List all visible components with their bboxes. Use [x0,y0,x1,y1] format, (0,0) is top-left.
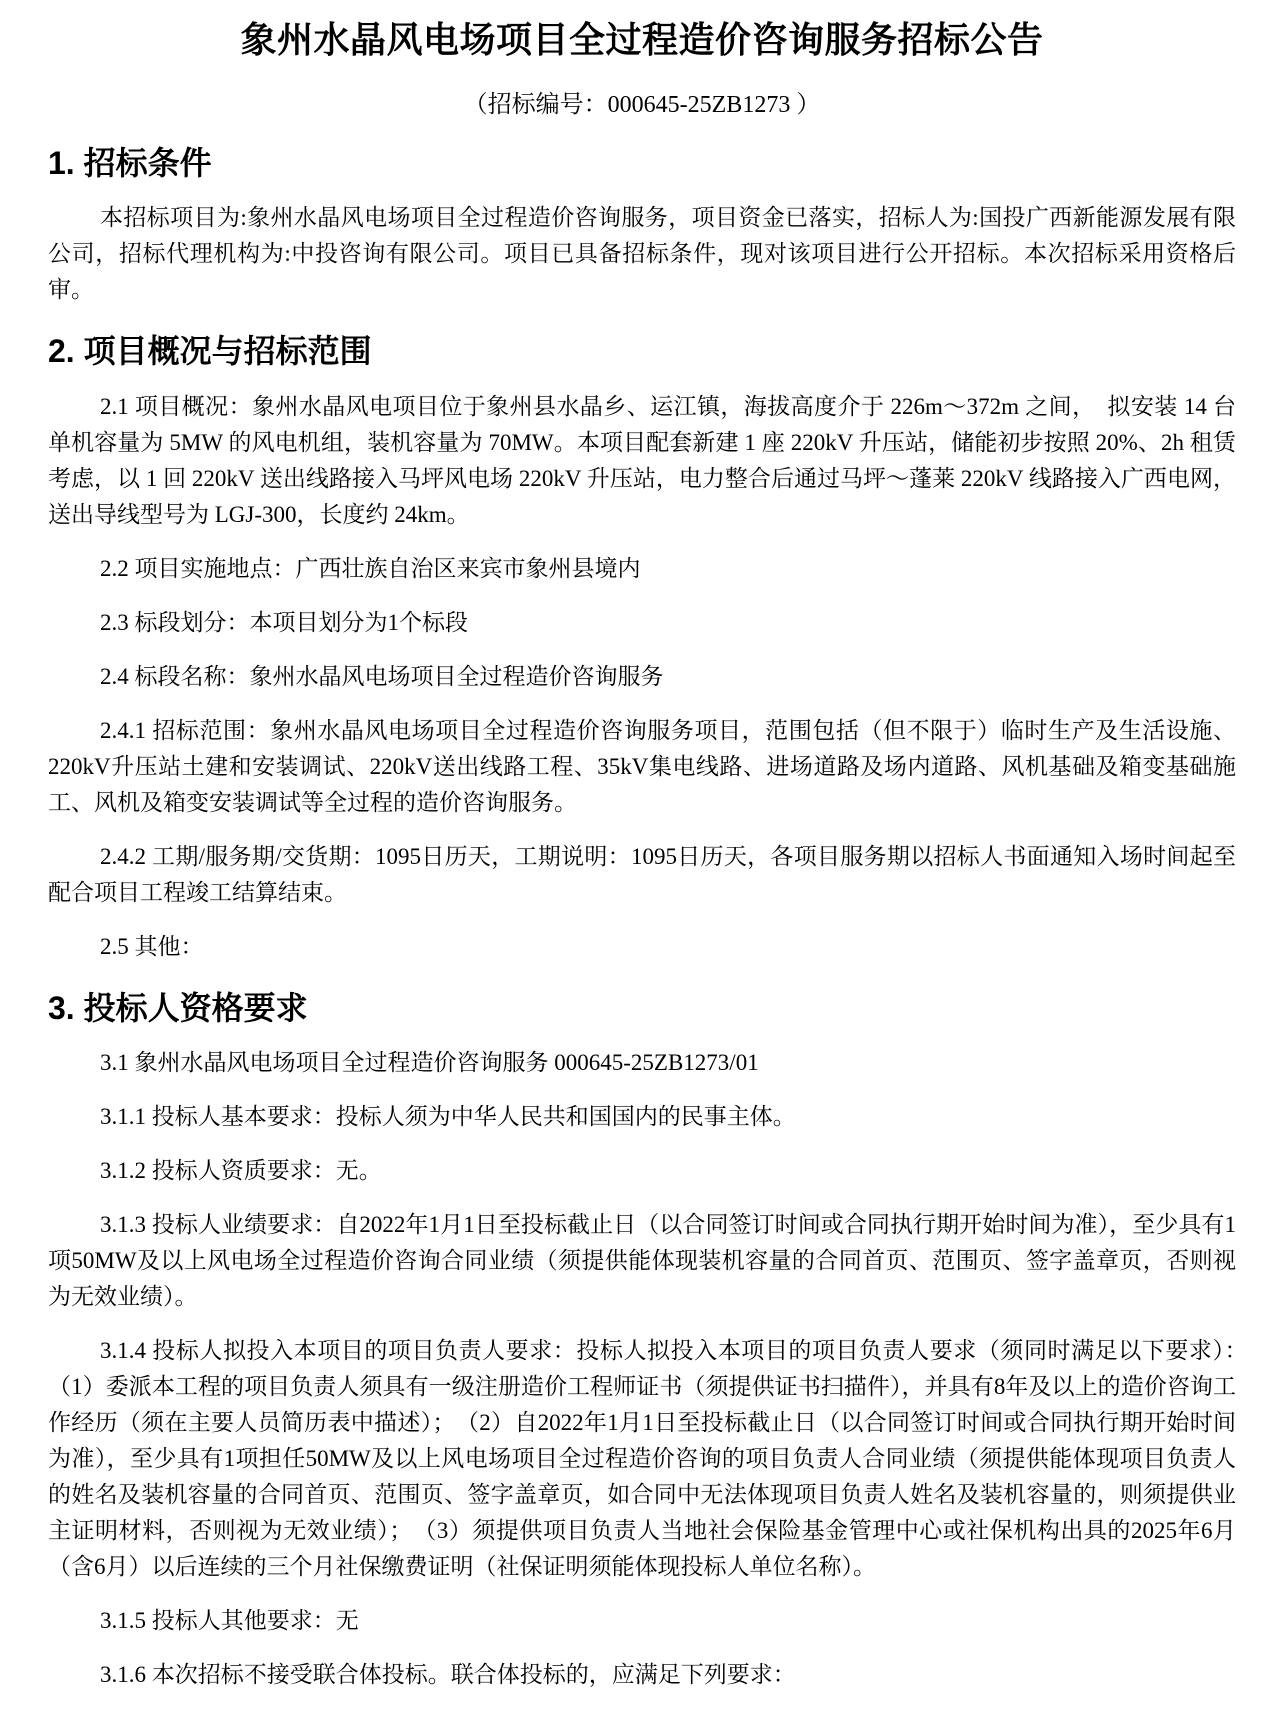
tender-number-line: （招标编号：000645-25ZB1273 ） [48,91,1236,120]
paragraph-3-1-5-other-requirements: 3.1.5 投标人其他要求：无 [48,1603,1236,1639]
paragraph-2-4-lot-name: 2.4 标段名称：象州水晶风电场项目全过程造价咨询服务 [48,659,1236,695]
paragraph-2-1-project-overview: 2.1 项目概况：象州水晶风电项目位于象州县水晶乡、运江镇，海拔高度介于 226… [48,389,1236,533]
paragraph-2-5-others: 2.5 其他： [48,929,1236,965]
section-heading-project-overview: 2. 项目概况与招标范围 [48,332,1236,370]
paragraph-2-3-lot-division: 2.3 标段划分：本项目划分为1个标段 [48,605,1236,641]
paragraph-2-2-location: 2.2 项目实施地点：广西壮族自治区来宾市象州县境内 [48,551,1236,587]
paragraph-3-1-3-performance-requirements: 3.1.3 投标人业绩要求：自2022年1月1日至投标截止日（以合同签订时间或合… [48,1207,1236,1315]
paragraph-3-1-6-consortium-bidding: 3.1.6 本次招标不接受联合体投标。联合体投标的，应满足下列要求： [48,1657,1236,1693]
section-heading-bidding-conditions: 1. 招标条件 [48,144,1236,182]
paragraph-3-1-2-qualification-requirements: 3.1.2 投标人资质要求：无。 [48,1153,1236,1189]
paragraph-3-1-4-project-manager-requirements: 3.1.4 投标人拟投入本项目的项目负责人要求：投标人拟投入本项目的项目负责人要… [48,1333,1236,1585]
paragraph-3-1-lot-identifier: 3.1 象州水晶风电场项目全过程造价咨询服务 000645-25ZB1273/0… [48,1045,1236,1081]
paragraph-3-1-1-basic-requirements: 3.1.1 投标人基本要求：投标人须为中华人民共和国国内的民事主体。 [48,1099,1236,1135]
document-title: 象州水晶风电场项目全过程造价咨询服务招标公告 [48,18,1236,61]
section-heading-bidder-qualifications: 3. 投标人资格要求 [48,989,1236,1027]
tender-announcement-document: 象州水晶风电场项目全过程造价咨询服务招标公告 （招标编号：000645-25ZB… [0,0,1280,1699]
paragraph-bidding-conditions: 本招标项目为:象州水晶风电场项目全过程造价咨询服务，项目资金已落实，招标人为:国… [48,200,1236,308]
paragraph-2-4-1-bidding-scope: 2.4.1 招标范围：象州水晶风电场项目全过程造价咨询服务项目，范围包括（但不限… [48,713,1236,821]
paragraph-2-4-2-service-period: 2.4.2 工期/服务期/交货期：1095日历天，工期说明：1095日历天，各项… [48,839,1236,911]
